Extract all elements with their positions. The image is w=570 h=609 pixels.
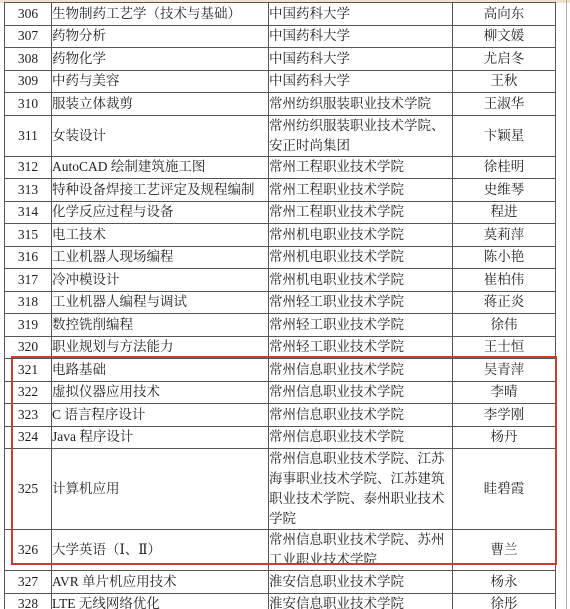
instructor-cell: 王秋 (453, 70, 556, 93)
row-number-cell: 314 (5, 201, 52, 224)
institution-cell: 常州信息职业技术学院、江苏海事职业技术学院、江苏建筑职业技术学院、泰州职业技术学… (269, 449, 453, 530)
institution-cell: 中国药科大学 (269, 25, 453, 48)
course-cell: 电工技术 (52, 224, 269, 247)
institution-cell: 常州工程职业技术学院 (269, 179, 453, 202)
page-edge-line (566, 0, 567, 609)
instructor-cell: 陈小艳 (453, 246, 556, 269)
course-cell: AutoCAD 绘制建筑施工图 (52, 156, 269, 179)
instructor-cell: 高向东 (453, 3, 556, 26)
row-number-cell: 325 (5, 449, 52, 530)
course-cell: C 语言程序设计 (52, 404, 269, 427)
row-number-cell: 322 (5, 381, 52, 404)
institution-cell: 中国药科大学 (269, 3, 453, 26)
course-cell: 服装立体裁剪 (52, 93, 269, 116)
row-number-cell: 323 (5, 404, 52, 427)
institution-cell: 常州机电职业技术学院 (269, 246, 453, 269)
instructor-cell: 李学刚 (453, 404, 556, 427)
institution-cell: 淮安信息职业技术学院 (269, 571, 453, 594)
instructor-cell: 徐彤 (453, 593, 556, 609)
row-number-cell: 313 (5, 179, 52, 202)
table-row: 328 LTE 无线网络优化 淮安信息职业技术学院 徐彤 (5, 593, 556, 609)
institution-cell: 常州轻工职业技术学院 (269, 291, 453, 314)
table-row: 327 AVR 单片机应用技术 淮安信息职业技术学院 杨永 (5, 571, 556, 594)
table-row: 318 工业机器人编程与调试 常州轻工职业技术学院 蒋正炎 (5, 291, 556, 314)
instructor-cell: 吴青萍 (453, 359, 556, 382)
table-row: 313 特种设备焊接工艺评定及规程编制 常州工程职业技术学院 史维琴 (5, 179, 556, 202)
row-number-cell: 310 (5, 93, 52, 116)
instructor-cell: 史维琴 (453, 179, 556, 202)
course-cell: 职业规划与方法能力 (52, 336, 269, 359)
table-row: 312 AutoCAD 绘制建筑施工图 常州工程职业技术学院 徐桂明 (5, 156, 556, 179)
table-row: 317 冷冲模设计 常州机电职业技术学院 崔柏伟 (5, 269, 556, 292)
table-row: 325 计算机应用 常州信息职业技术学院、江苏海事职业技术学院、江苏建筑职业技术… (5, 449, 556, 530)
row-number-cell: 307 (5, 25, 52, 48)
institution-cell: 常州机电职业技术学院 (269, 224, 453, 247)
instructor-cell: 卞颖星 (453, 115, 556, 156)
row-number-cell: 318 (5, 291, 52, 314)
instructor-cell: 杨丹 (453, 426, 556, 449)
course-table: 306 生物制药工艺学（技术与基础） 中国药科大学 高向东 307 药物分析 中… (4, 2, 556, 609)
row-number-cell: 327 (5, 571, 52, 594)
course-cell: 生物制药工艺学（技术与基础） (52, 3, 269, 26)
row-number-cell: 326 (5, 530, 52, 571)
table-row: 322 虚拟仪器应用技术 常州信息职业技术学院 李晴 (5, 381, 556, 404)
institution-cell: 常州信息职业技术学院 (269, 404, 453, 427)
instructor-cell: 李晴 (453, 381, 556, 404)
course-cell: 工业机器人编程与调试 (52, 291, 269, 314)
institution-cell: 常州信息职业技术学院、苏州工业职业技术学院 (269, 530, 453, 571)
course-cell: 女装设计 (52, 115, 269, 156)
instructor-cell: 王士恒 (453, 336, 556, 359)
row-number-cell: 311 (5, 115, 52, 156)
institution-cell: 常州纺织服装职业技术学院 (269, 93, 453, 116)
table-row: 308 药物化学 中国药科大学 尤启冬 (5, 48, 556, 71)
institution-cell: 常州轻工职业技术学院 (269, 336, 453, 359)
institution-cell: 常州工程职业技术学院 (269, 201, 453, 224)
instructor-cell: 莫莉萍 (453, 224, 556, 247)
table-row: 326 大学英语（Ⅰ、Ⅱ） 常州信息职业技术学院、苏州工业职业技术学院 曹兰 (5, 530, 556, 571)
course-cell: 工业机器人现场编程 (52, 246, 269, 269)
row-number-cell: 328 (5, 593, 52, 609)
instructor-cell: 徐桂明 (453, 156, 556, 179)
course-cell: AVR 单片机应用技术 (52, 571, 269, 594)
course-cell: 药物化学 (52, 48, 269, 71)
course-cell: 化学反应过程与设备 (52, 201, 269, 224)
course-cell: 特种设备焊接工艺评定及规程编制 (52, 179, 269, 202)
course-cell: 数控铣削编程 (52, 314, 269, 337)
table-row: 310 服装立体裁剪 常州纺织服装职业技术学院 王淑华 (5, 93, 556, 116)
table-row: 307 药物分析 中国药科大学 柳文媛 (5, 25, 556, 48)
row-number-cell: 320 (5, 336, 52, 359)
row-number-cell: 321 (5, 359, 52, 382)
institution-cell: 常州信息职业技术学院 (269, 426, 453, 449)
table-row: 324 Java 程序设计 常州信息职业技术学院 杨丹 (5, 426, 556, 449)
institution-cell: 常州信息职业技术学院 (269, 381, 453, 404)
institution-cell: 常州信息职业技术学院 (269, 359, 453, 382)
instructor-cell: 程进 (453, 201, 556, 224)
instructor-cell: 柳文媛 (453, 25, 556, 48)
instructor-cell: 曹兰 (453, 530, 556, 571)
instructor-cell: 杨永 (453, 571, 556, 594)
instructor-cell: 王淑华 (453, 93, 556, 116)
course-cell: 虚拟仪器应用技术 (52, 381, 269, 404)
table-row: 309 中药与美容 中国药科大学 王秋 (5, 70, 556, 93)
table-row: 311 女装设计 常州纺织服装职业技术学院、安正时尚集团 卞颖星 (5, 115, 556, 156)
institution-cell: 淮安信息职业技术学院 (269, 593, 453, 609)
instructor-cell: 徐伟 (453, 314, 556, 337)
course-table-body: 306 生物制药工艺学（技术与基础） 中国药科大学 高向东 307 药物分析 中… (5, 3, 556, 609)
table-row: 315 电工技术 常州机电职业技术学院 莫莉萍 (5, 224, 556, 247)
course-cell: 大学英语（Ⅰ、Ⅱ） (52, 530, 269, 571)
row-number-cell: 309 (5, 70, 52, 93)
instructor-cell: 尤启冬 (453, 48, 556, 71)
table-row: 314 化学反应过程与设备 常州工程职业技术学院 程进 (5, 201, 556, 224)
course-cell: Java 程序设计 (52, 426, 269, 449)
table-row: 319 数控铣削编程 常州轻工职业技术学院 徐伟 (5, 314, 556, 337)
course-cell: 药物分析 (52, 25, 269, 48)
row-number-cell: 316 (5, 246, 52, 269)
row-number-cell: 312 (5, 156, 52, 179)
course-cell: 电路基础 (52, 359, 269, 382)
course-cell: LTE 无线网络优化 (52, 593, 269, 609)
table-row: 316 工业机器人现场编程 常州机电职业技术学院 陈小艳 (5, 246, 556, 269)
row-number-cell: 324 (5, 426, 52, 449)
row-number-cell: 315 (5, 224, 52, 247)
instructor-cell: 蒋正炎 (453, 291, 556, 314)
course-cell: 冷冲模设计 (52, 269, 269, 292)
institution-cell: 常州工程职业技术学院 (269, 156, 453, 179)
institution-cell: 常州纺织服装职业技术学院、安正时尚集团 (269, 115, 453, 156)
course-cell: 中药与美容 (52, 70, 269, 93)
table-row: 320 职业规划与方法能力 常州轻工职业技术学院 王士恒 (5, 336, 556, 359)
table-row: 306 生物制药工艺学（技术与基础） 中国药科大学 高向东 (5, 3, 556, 26)
institution-cell: 中国药科大学 (269, 70, 453, 93)
table-row: 321 电路基础 常州信息职业技术学院 吴青萍 (5, 359, 556, 382)
row-number-cell: 317 (5, 269, 52, 292)
course-cell: 计算机应用 (52, 449, 269, 530)
instructor-cell: 崔柏伟 (453, 269, 556, 292)
row-number-cell: 308 (5, 48, 52, 71)
institution-cell: 常州机电职业技术学院 (269, 269, 453, 292)
institution-cell: 常州轻工职业技术学院 (269, 314, 453, 337)
table-row: 323 C 语言程序设计 常州信息职业技术学院 李学刚 (5, 404, 556, 427)
row-number-cell: 319 (5, 314, 52, 337)
institution-cell: 中国药科大学 (269, 48, 453, 71)
row-number-cell: 306 (5, 3, 52, 26)
instructor-cell: 眭碧霞 (453, 449, 556, 530)
document-page: 306 生物制药工艺学（技术与基础） 中国药科大学 高向东 307 药物分析 中… (0, 0, 570, 609)
